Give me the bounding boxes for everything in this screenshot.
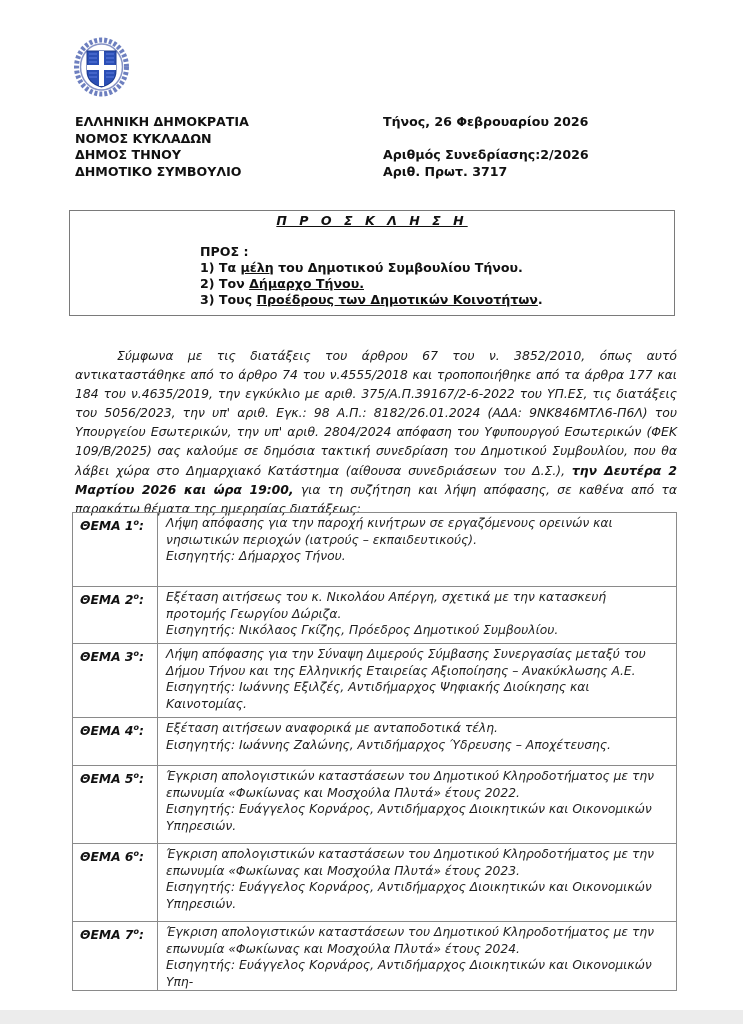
agenda-row: ΘΕΜΑ 7ο:Έγκριση απολογιστικών καταστάσεω…	[73, 922, 677, 991]
topic-description: Έγκριση απολογιστικών καταστάσεων του Δη…	[158, 844, 677, 922]
topic-description: Εξέταση αιτήσεων αναφορικά με ανταποδοτι…	[158, 718, 677, 766]
topic-label: ΘΕΜΑ 1ο:	[73, 513, 158, 587]
legal-basis-paragraph: Σύμφωνα με τις διατάξεις του άρθρου 67 τ…	[75, 346, 677, 518]
agenda-row: ΘΕΜΑ 3ο:Λήψη απόφασης για την Σύναψη Διμ…	[73, 644, 677, 718]
agenda-row: ΘΕΜΑ 4ο:Εξέταση αιτήσεων αναφορικά με αν…	[73, 718, 677, 766]
topic-rapporteur: Εισηγητής: Ευάγγελος Κορνάρος, Αντιδήμαρ…	[166, 957, 668, 990]
topic-label: ΘΕΜΑ 7ο:	[73, 922, 158, 991]
topic-rapporteur: Εισηγητής: Δήμαρχος Τήνου.	[166, 548, 668, 565]
topic-label: ΘΕΜΑ 3ο:	[73, 644, 158, 718]
document-page: ΕΛΛΗΝΙΚΗ ΔΗΜΟΚΡΑΤΙΑ ΝΟΜΟΣ ΚΥΚΛΑΔΩΝ ΔΗΜΟΣ…	[0, 0, 743, 1010]
recipient-item: 2) Τον Δήμαρχο Τήνου.	[200, 276, 543, 292]
topic-rapporteur: Εισηγητής: Ευάγγελος Κορνάρος, Αντιδήμαρ…	[166, 801, 668, 834]
agenda-row: ΘΕΜΑ 1ο:Λήψη απόφασης για την παροχή κιν…	[73, 513, 677, 587]
topic-subject: Λήψη απόφασης για την Σύναψη Διμερούς Σύ…	[166, 646, 668, 679]
topic-rapporteur: Εισηγητής: Ιωάννης Εξιλζές, Αντιδήμαρχος…	[166, 679, 668, 712]
page-bottom-margin	[0, 1010, 743, 1024]
topic-description: Λήψη απόφασης για την Σύναψη Διμερούς Σύ…	[158, 644, 677, 718]
issuer-block: ΕΛΛΗΝΙΚΗ ΔΗΜΟΚΡΑΤΙΑ ΝΟΜΟΣ ΚΥΚΛΑΔΩΝ ΔΗΜΟΣ…	[75, 114, 249, 180]
recipient-item: 3) Τους Προέδρους των Δημοτικών Κοινοτήτ…	[200, 292, 543, 308]
place-date: Τήνος, 26 Φεβρουαρίου 2026	[383, 114, 589, 131]
recipient-item: 1) Τα μέλη του Δημοτικού Συμβουλίου Τήνο…	[200, 260, 543, 276]
agenda-row: ΘΕΜΑ 5ο:Έγκριση απολογιστικών καταστάσεω…	[73, 766, 677, 844]
prefecture-line: ΝΟΜΟΣ ΚΥΚΛΑΔΩΝ	[75, 131, 249, 148]
agenda-table: ΘΕΜΑ 1ο:Λήψη απόφασης για την παροχή κιν…	[72, 512, 677, 991]
topic-rapporteur: Εισηγητής: Ιωάννης Ζαλώνης, Αντιδήμαρχος…	[166, 737, 668, 754]
invitation-box: Π Ρ Ο Σ Κ Λ Η Σ Η ΠΡΟΣ : 1) Τα μέλη του …	[69, 210, 675, 316]
council-line: ΔΗΜΟΤΙΚΟ ΣΥΜΒΟΥΛΙΟ	[75, 164, 249, 181]
topic-label: ΘΕΜΑ 5ο:	[73, 766, 158, 844]
topic-subject: Εξέταση αιτήσεως του κ. Νικολάου Απέργη,…	[166, 589, 668, 622]
recipients-list: ΠΡΟΣ : 1) Τα μέλη του Δημοτικού Συμβουλί…	[200, 244, 543, 308]
topic-label: ΘΕΜΑ 2ο:	[73, 587, 158, 644]
reference-block: Τήνος, 26 Φεβρουαρίου 2026 Αριθμός Συνεδ…	[383, 114, 589, 180]
topic-description: Εξέταση αιτήσεως του κ. Νικολάου Απέργη,…	[158, 587, 677, 644]
topic-subject: Έγκριση απολογιστικών καταστάσεων του Δη…	[166, 924, 668, 957]
to-label: ΠΡΟΣ :	[200, 244, 543, 260]
topic-description: Έγκριση απολογιστικών καταστάσεων του Δη…	[158, 766, 677, 844]
topic-subject: Έγκριση απολογιστικών καταστάσεων του Δη…	[166, 846, 668, 879]
topic-rapporteur: Εισηγητής: Νικόλαος Γκίζης, Πρόεδρος Δημ…	[166, 622, 668, 639]
invitation-title: Π Ρ Ο Σ Κ Λ Η Σ Η	[70, 213, 674, 228]
topic-description: Έγκριση απολογιστικών καταστάσεων του Δη…	[158, 922, 677, 991]
country-line: ΕΛΛΗΝΙΚΗ ΔΗΜΟΚΡΑΤΙΑ	[75, 114, 249, 131]
topic-subject: Εξέταση αιτήσεων αναφορικά με ανταποδοτι…	[166, 720, 668, 737]
topic-description: Λήψη απόφασης για την παροχή κινήτρων σε…	[158, 513, 677, 587]
topic-rapporteur: Εισηγητής: Ευάγγελος Κορνάρος, Αντιδήμαρ…	[166, 879, 668, 912]
topic-subject: Λήψη απόφασης για την παροχή κινήτρων σε…	[166, 515, 668, 548]
protocol-number: Αριθ. Πρωτ. 3717	[383, 164, 589, 181]
topic-label: ΘΕΜΑ 4ο:	[73, 718, 158, 766]
coat-of-arms-icon	[74, 37, 129, 97]
session-number: Αριθμός Συνεδρίασης:2/2026	[383, 147, 589, 164]
agenda-row: ΘΕΜΑ 6ο:Έγκριση απολογιστικών καταστάσεω…	[73, 844, 677, 922]
topic-label: ΘΕΜΑ 6ο:	[73, 844, 158, 922]
municipality-line: ΔΗΜΟΣ ΤΗΝΟΥ	[75, 147, 249, 164]
topic-subject: Έγκριση απολογιστικών καταστάσεων του Δη…	[166, 768, 668, 801]
agenda-row: ΘΕΜΑ 2ο:Εξέταση αιτήσεως του κ. Νικολάου…	[73, 587, 677, 644]
